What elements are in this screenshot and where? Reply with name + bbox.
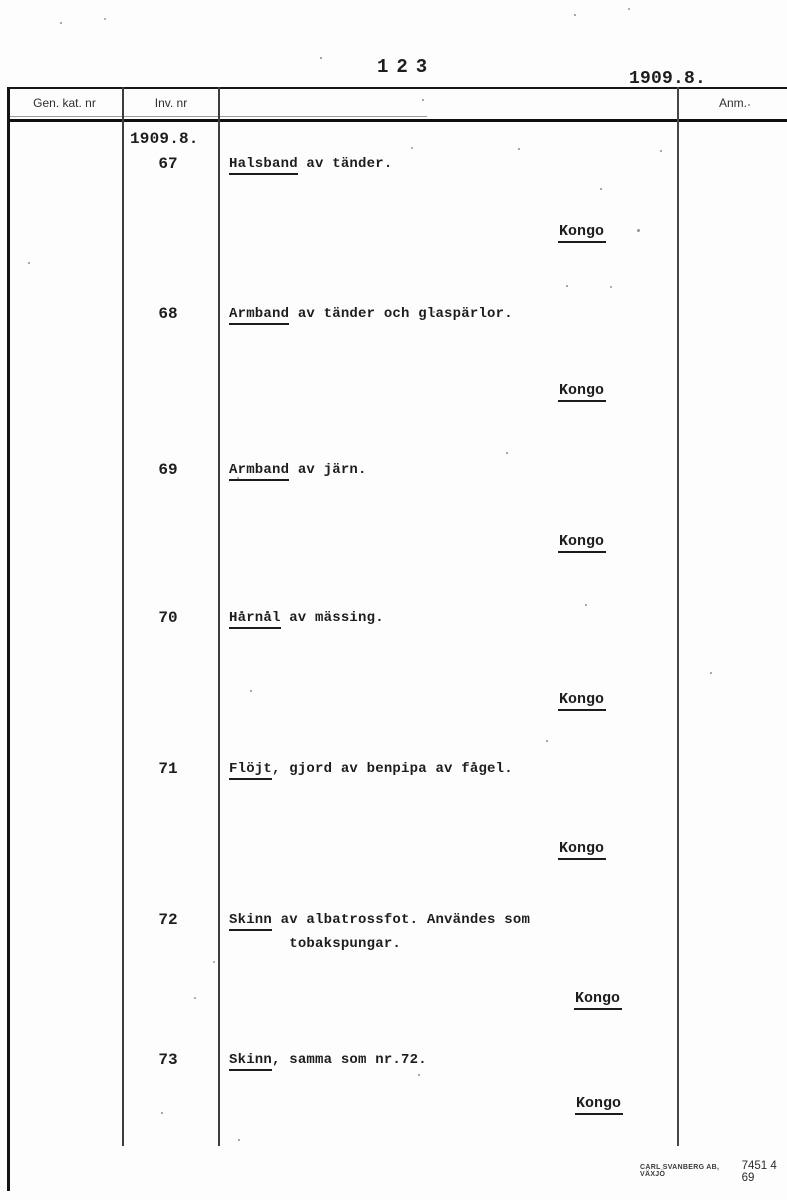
entry-keyword: Hårnål [229, 610, 281, 629]
column-header-gen-kat-nr: Gen. kat. nr [7, 96, 122, 110]
entry-location: Kongo [558, 691, 606, 711]
entry-keyword: Armband [229, 306, 289, 325]
scan-speckle [237, 477, 239, 479]
scan-speckle [104, 18, 106, 20]
scan-speckle [60, 22, 62, 24]
entry-description: Hårnål av mässing. [229, 606, 384, 630]
scan-speckle [600, 188, 602, 190]
entry-description: Armband av tänder och glaspärlor. [229, 302, 513, 326]
scan-speckle [161, 1112, 163, 1114]
entry-keyword: Flöjt [229, 761, 272, 780]
entry-location: Kongo [575, 1095, 623, 1115]
entry-description-rest: av albatrossfot. Användes som tobakspung… [229, 912, 530, 952]
scan-speckle [250, 690, 252, 692]
entry-description: Armband av järn. [229, 458, 367, 482]
entry-inventory-number: 69 [130, 458, 206, 482]
scan-speckle [637, 229, 640, 232]
table-top-border [7, 87, 787, 89]
scan-speckle [320, 57, 322, 59]
scan-speckle [546, 740, 548, 742]
scan-speckle [628, 8, 630, 10]
entry-inventory-number: 73 [130, 1048, 206, 1072]
page-number: 123 [377, 56, 435, 78]
entry-inventory-number: 70 [130, 606, 206, 630]
table-header-border [7, 119, 787, 122]
printer-imprint: CARL SVANBERG AB, VÄXJÖ 7451 4 69 [640, 1160, 787, 1184]
entry-location: Kongo [574, 990, 622, 1010]
scan-speckle [238, 1139, 240, 1141]
entry-inventory-number: 71 [130, 757, 206, 781]
entry-location: Kongo [558, 533, 606, 553]
scan-speckle [574, 14, 576, 16]
inventory-year-label: 1909.8. [130, 130, 199, 148]
entry-location: Kongo [558, 382, 606, 402]
printer-code: 7451 4 69 [742, 1160, 787, 1184]
column-header-inv-nr: Inv. nr [124, 96, 218, 110]
entry-inventory-number: 72 [130, 908, 206, 932]
entry-description-rest: av tänder. [298, 156, 393, 172]
entry-location: Kongo [558, 223, 606, 243]
scan-speckle [566, 285, 568, 287]
scan-speckle [518, 148, 520, 150]
entry-keyword: Skinn [229, 1052, 272, 1071]
entry-description: Flöjt, gjord av benpipa av fågel. [229, 757, 513, 781]
column-divider-main-anm [677, 87, 679, 1146]
column-divider-inv-main [218, 87, 220, 1146]
column-divider-genkat-inv [122, 87, 124, 1146]
year-heading: 1909.8. [629, 69, 706, 89]
entry-description-rest: av tänder och glaspärlor. [289, 306, 513, 322]
scan-speckle [433, 311, 435, 313]
entry-description-rest: , samma som nr.72. [272, 1052, 427, 1068]
entry-description: Skinn, samma som nr.72. [229, 1048, 427, 1072]
scan-speckle [610, 286, 612, 288]
entry-inventory-number: 67 [130, 152, 206, 176]
entry-description-rest: av järn. [289, 462, 366, 478]
entry-keyword: Halsband [229, 156, 298, 175]
scan-speckle [660, 150, 662, 152]
table-header-border-shadow [7, 116, 427, 117]
entry-description: Skinn av albatrossfot. Användes som toba… [229, 908, 530, 956]
entry-inventory-number: 68 [130, 302, 206, 326]
table-left-border [7, 87, 10, 1191]
scan-speckle [422, 99, 424, 101]
scan-speckle [213, 961, 215, 963]
entry-description-rest: av mässing. [281, 610, 384, 626]
scan-speckle [748, 104, 750, 106]
entry-keyword: Skinn [229, 912, 272, 931]
scan-speckle [418, 1074, 420, 1076]
column-header-anm: Anm. [679, 96, 787, 110]
scan-speckle [194, 997, 196, 999]
scan-speckle [411, 147, 413, 149]
entry-description-rest: , gjord av benpipa av fågel. [272, 761, 513, 777]
scan-speckle [28, 262, 30, 264]
printer-name: CARL SVANBERG AB, VÄXJÖ [640, 1164, 735, 1178]
catalog-page: 123 1909.8. Gen. kat. nr Inv. nr Anm. 19… [0, 0, 787, 1200]
scan-speckle [710, 672, 712, 674]
entry-description: Halsband av tänder. [229, 152, 392, 176]
entry-location: Kongo [558, 840, 606, 860]
scan-speckle [585, 604, 587, 606]
scan-speckle [506, 452, 508, 454]
